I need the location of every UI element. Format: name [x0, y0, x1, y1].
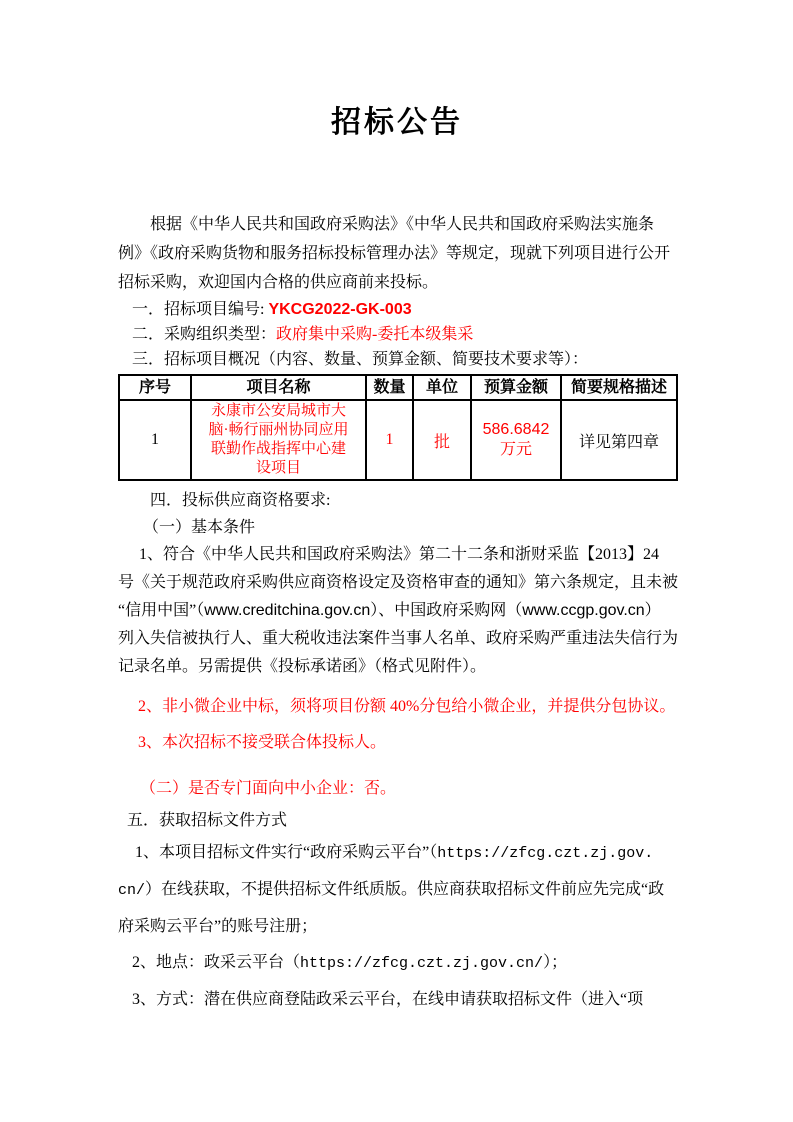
obtain-line: 1、本项目招标文件实行“政府采购云平台”（https://zfcg.czt.zj… [118, 835, 676, 872]
tender-table: 序号 项目名称 数量 单位 预算金额 简要规格描述 1 永康市公安局城市大 脑·… [118, 374, 678, 481]
procurement-type-value: 政府集中采购-委托本级集采 [276, 326, 473, 343]
cell-budget: 586.6842 万元 [471, 400, 561, 480]
cell-project-name: 永康市公安局城市大 脑·畅行丽州协同应用 联勤作战指挥中心建 设项目 [191, 400, 366, 480]
creditchina-url: www.creditchina.gov.cn [204, 602, 370, 619]
obtain-line: 府采购云平台”的账号注册； [118, 909, 676, 945]
item-project-number-label: 一．招标项目编号: [132, 301, 268, 318]
intro-line: 根据《中华人民共和国政府采购法》《中华人民共和国政府采购法实施条 [118, 210, 676, 239]
intro-line: 例》《政府采购货物和服务招标投标管理办法》等规定，现就下列项目进行公开 [118, 239, 676, 268]
cell-unit: 批 [413, 400, 471, 480]
project-number-value: YKCG2022-GK-003 [268, 301, 411, 318]
obtain-location-line: 2、地点：政采云平台（https://zfcg.czt.zj.gov.cn/）； [118, 945, 676, 982]
document-content: 招标公告 根据《中华人民共和国政府采购法》《中华人民共和国政府采购法实施条 例》… [118, 100, 676, 1018]
section4-sub1: （一）基本条件 [118, 514, 676, 541]
item-project-number: 一．招标项目编号: YKCG2022-GK-003 [118, 297, 676, 322]
section4-sub2: （二）是否专门面向中小企业：否。 [118, 771, 676, 807]
requirement-subcontract: 2、非小微企业中标，须将项目份额 40%分包给小微企业，并提供分包协议。 [118, 689, 676, 725]
qualification-paragraph: 1、符合《中华人民共和国政府采购法》第二十二条和浙财采监【2013】24 号《关… [118, 541, 676, 681]
qualification-line: “信用中国”（www.creditchina.gov.cn）、中国政府采购网（w… [118, 597, 676, 625]
qualification-text: ） [645, 602, 661, 619]
section-qualifications: 四．投标供应商资格要求: （一）基本条件 1、符合《中华人民共和国政府采购法》第… [118, 487, 676, 807]
project-name-line: 联勤作战指挥中心建 [194, 440, 363, 459]
ccgp-url: www.ccgp.gov.cn [522, 602, 644, 619]
project-name-line: 脑·畅行丽州协同应用 [194, 421, 363, 440]
cell-qty: 1 [366, 400, 413, 480]
section-obtain-documents: 五．获取招标文件方式 1、本项目招标文件实行“政府采购云平台”（https://… [118, 807, 676, 1018]
col-header-name: 项目名称 [191, 375, 366, 400]
col-header-budget: 预算金额 [471, 375, 561, 400]
qualification-line: 列入失信被执行人、重大税收违法案件当事人名单、政府采购严重违法失信行为 [118, 625, 676, 653]
table-header-row: 序号 项目名称 数量 单位 预算金额 简要规格描述 [119, 375, 677, 400]
qualification-text: “信用中国”（ [118, 602, 204, 619]
item-procurement-type: 二．采购组织类型：政府集中采购-委托本级集采 [118, 322, 676, 347]
qualification-line: 记录名单。另需提供《投标承诺函》（格式见附件）。 [118, 653, 676, 681]
qualification-text: ）、中国政府采购网（ [370, 602, 522, 619]
location-text: 2、地点：政采云平台（ [132, 954, 300, 971]
zcy-platform-url: https://zfcg.czt.zj.gov.cn/ [300, 955, 543, 972]
table-row: 1 永康市公安局城市大 脑·畅行丽州协同应用 联勤作战指挥中心建 设项目 1 批… [119, 400, 677, 480]
obtain-method-line: 3、方式：潜在供应商登陆政采云平台，在线申请获取招标文件（进入“项 [118, 982, 676, 1018]
col-header-unit: 单位 [413, 375, 471, 400]
item-procurement-type-label: 二．采购组织类型： [132, 326, 276, 343]
obtain-line: cn/）在线获取，不提供招标文件纸质版。供应商获取招标文件前应先完成“政 [118, 872, 676, 909]
budget-unit: 万元 [474, 440, 558, 460]
page-title: 招标公告 [118, 100, 676, 146]
qualification-line: 号《关于规范政府采购供应商资格设定及资格审查的通知》第六条规定，且未被 [118, 569, 676, 597]
cell-seq: 1 [119, 400, 191, 480]
location-text: ）； [543, 954, 567, 971]
obtain-text: 1、本项目招标文件实行“政府采购云平台”（ [135, 844, 437, 861]
qualification-line: 1、符合《中华人民共和国政府采购法》第二十二条和浙财采监【2013】24 [118, 541, 676, 569]
cell-spec: 详见第四章 [561, 400, 677, 480]
numbered-items: 一．招标项目编号: YKCG2022-GK-003 二．采购组织类型：政府集中采… [118, 297, 676, 372]
document-page: 招标公告 根据《中华人民共和国政府采购法》《中华人民共和国政府采购法实施条 例》… [0, 0, 793, 1122]
section4-heading: 四．投标供应商资格要求: [118, 487, 676, 514]
item-project-overview: 三．招标项目概况（内容、数量、预算金额、简要技术要求等）： [118, 347, 676, 372]
section5-heading: 五．获取招标文件方式 [118, 807, 676, 835]
project-name-line: 永康市公安局城市大 [194, 402, 363, 421]
col-header-spec: 简要规格描述 [561, 375, 677, 400]
obtain-paragraph: 1、本项目招标文件实行“政府采购云平台”（https://zfcg.czt.zj… [118, 835, 676, 945]
zcy-platform-url: cn/ [118, 882, 145, 899]
col-header-qty: 数量 [366, 375, 413, 400]
project-name-line: 设项目 [194, 459, 363, 478]
zcy-platform-url: https://zfcg.czt.zj.gov. [437, 845, 653, 862]
requirement-no-consortium: 3、本次招标不接受联合体投标人。 [118, 725, 676, 761]
obtain-text: ）在线获取，不提供招标文件纸质版。供应商获取招标文件前应先完成“政 [145, 881, 664, 898]
intro-paragraph: 根据《中华人民共和国政府采购法》《中华人民共和国政府采购法实施条 例》《政府采购… [118, 210, 676, 297]
col-header-seq: 序号 [119, 375, 191, 400]
intro-line: 招标采购，欢迎国内合格的供应商前来投标。 [118, 268, 676, 297]
budget-amount: 586.6842 [474, 420, 558, 440]
